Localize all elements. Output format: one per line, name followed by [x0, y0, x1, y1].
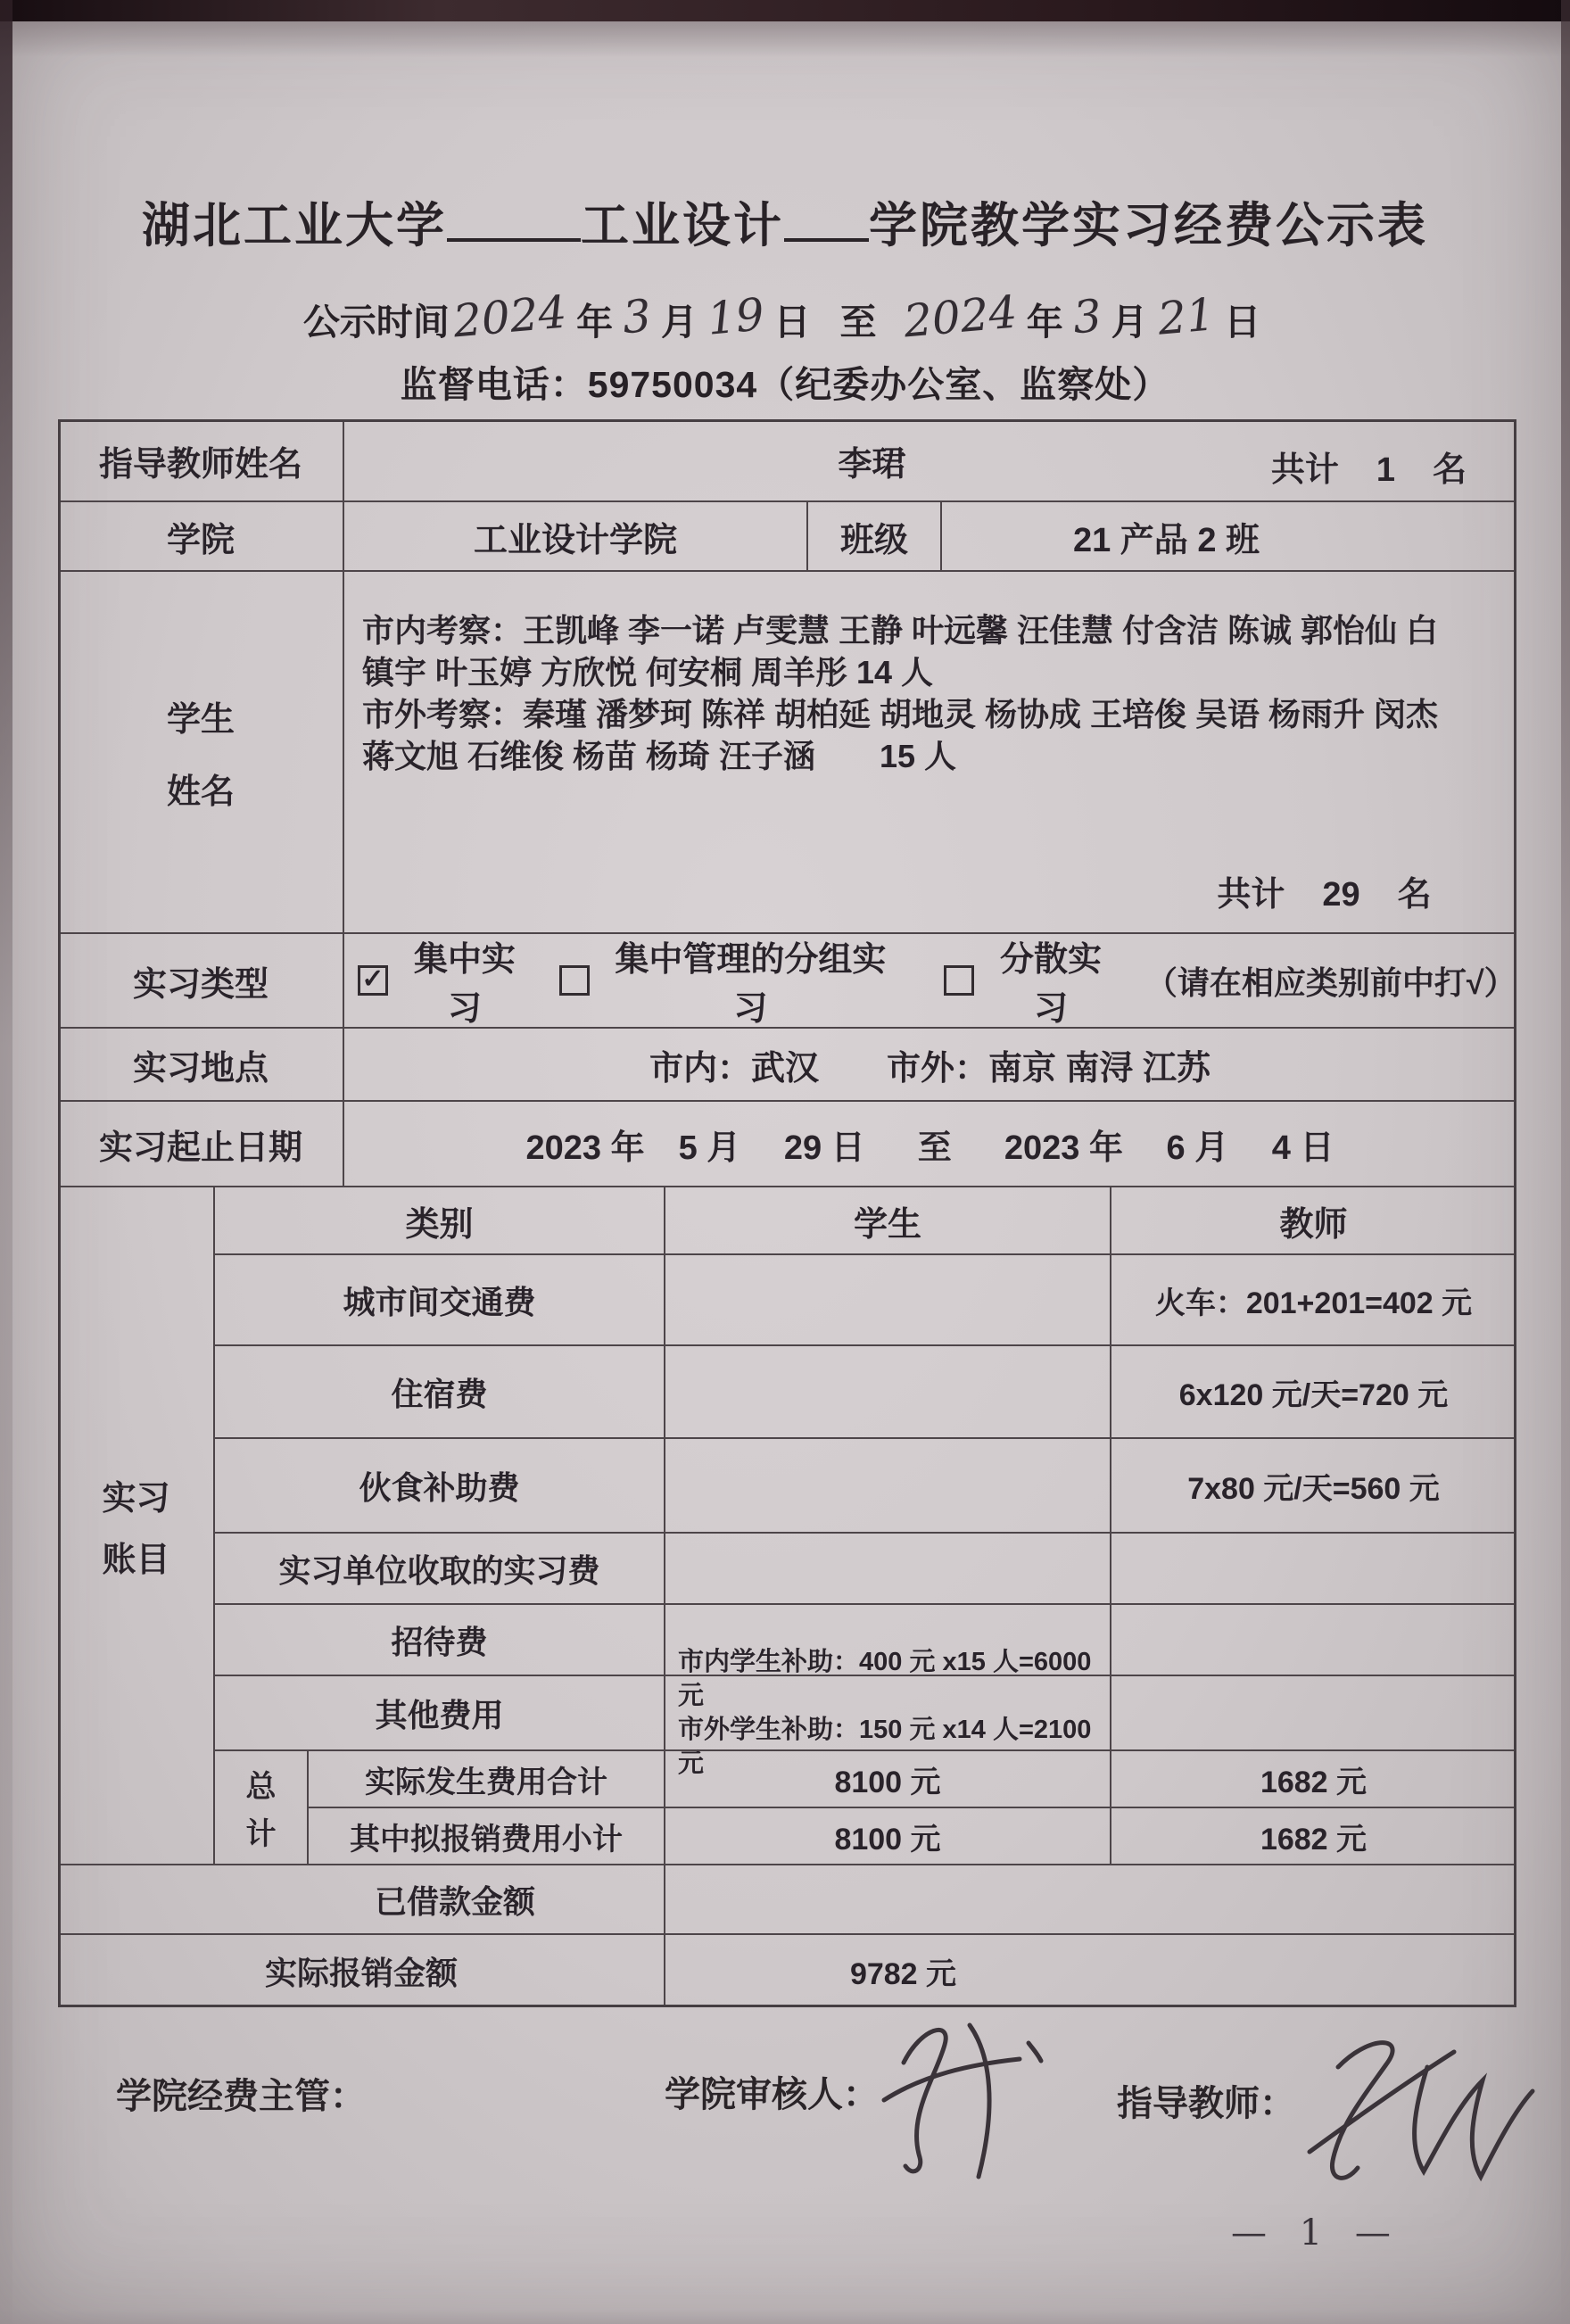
auditor-signature — [870, 2007, 1057, 2190]
total-teacher-value: 1682 元 — [1111, 1807, 1516, 1865]
publicity-prefix: 公示时间 — [303, 302, 450, 343]
scanned-form-photo: 湖北工业大学工业设计学院教学实习经费公示表 公示时间2024年3月19日至202… — [0, 0, 1570, 2324]
handwritten-end-month: 3 — [1070, 290, 1103, 344]
total-label: 总 计 — [214, 1750, 308, 1865]
handwritten-end-day: 21 — [1155, 288, 1216, 344]
checkbox-empty-icon — [559, 965, 590, 996]
option-grouped: 集中管理的分组实习 — [559, 931, 903, 1030]
accounts-label: 实习 账目 — [58, 1187, 214, 1865]
account-teacher-value — [1111, 1533, 1516, 1604]
photo-left-edge — [0, 0, 12, 2324]
class-value: 21 产品 2 班 — [941, 501, 1516, 571]
account-teacher-value — [1111, 1604, 1516, 1675]
account-student-value — [665, 1533, 1111, 1604]
account-student-value — [665, 1438, 1111, 1533]
photo-bottom-edge — [0, 2310, 1570, 2324]
photo-top-shadow — [0, 21, 1570, 57]
account-teacher-value: 7x80 元/天=560 元 — [1111, 1438, 1516, 1533]
student-line: 镇宇 叶玉婷 方欣悦 何安桐 周羊彤 14 人 — [362, 651, 933, 693]
account-category: 实习单位收取的实习费 — [214, 1533, 665, 1604]
date-range-label: 实习起止日期 — [58, 1101, 343, 1187]
form-title: 湖北工业大学工业设计学院教学实习经费公示表 — [0, 187, 1570, 256]
title-suffix: 学院教学实习经费公示表 — [869, 199, 1428, 252]
title-filled-college: 工业设计 — [581, 199, 784, 252]
reimburse-label: 实际报销金额 — [58, 1934, 665, 2007]
accounts-header-category: 类别 — [214, 1187, 665, 1254]
borrowed-value — [665, 1865, 1516, 1934]
college-value: 工业设计学院 — [343, 501, 807, 571]
title-blank-line — [447, 231, 581, 242]
year-label: 年 — [576, 302, 613, 343]
checkbox-checked-icon: ✓ — [358, 965, 388, 996]
teacher-signature — [1293, 2018, 1543, 2228]
teacher-count: 共计1名 — [1271, 442, 1467, 491]
account-student-value — [665, 1345, 1111, 1438]
publicity-period: 公示时间2024年3月19日至2024年3月21日 — [0, 293, 1570, 345]
handwritten-end-year: 2024 — [901, 286, 1019, 348]
handwritten-start-month: 3 — [621, 290, 654, 344]
accounts-header-teacher: 教师 — [1111, 1187, 1516, 1254]
reimburse-value: 9782 元 — [665, 1934, 1516, 2007]
teacher-signature-label: 指导教师： — [1117, 2075, 1295, 2126]
check-mark: ✓ — [361, 964, 384, 995]
total-student-value: 8100 元 — [665, 1750, 1111, 1807]
practice-type-note: （请在相应类别前中打√） — [1145, 958, 1516, 1004]
option-dispersed: 分散实习 — [944, 931, 1119, 1030]
supervision-hotline: 监督电话：59750034（纪委办公室、监察处） — [0, 355, 1570, 408]
month-label: 月 — [1111, 302, 1148, 343]
checkbox-empty-icon — [944, 965, 974, 996]
college-label: 学院 — [58, 501, 343, 571]
account-student-subsidy: 市内学生补助：400 元 x15 人=6000 元 市外学生补助：150 元 x… — [665, 1675, 1111, 1750]
handwritten-start-year: 2024 — [451, 286, 569, 348]
account-category: 城市间交通费 — [214, 1254, 665, 1345]
student-line: 市外考察：秦瑾 潘梦珂 陈祥 胡柏延 胡地灵 杨协成 王培俊 吴语 杨雨升 闵杰 — [362, 693, 1438, 735]
day-label: 日 — [1224, 302, 1260, 343]
student-line: 市内考察：王凯峰 李一诺 卢雯慧 王静 叶远馨 汪佳慧 付含洁 陈诚 郭怡仙 白 — [362, 609, 1438, 651]
total-student-value: 8100 元 — [665, 1807, 1111, 1865]
photo-top-edge — [0, 0, 1570, 21]
title-blank-line — [784, 231, 869, 242]
handwritten-start-day: 19 — [705, 288, 765, 344]
accounts-header-student: 学生 — [665, 1187, 1111, 1254]
title-university: 湖北工业大学 — [142, 199, 447, 252]
account-category: 住宿费 — [214, 1345, 665, 1438]
total-category: 其中拟报销费用小计 — [308, 1807, 665, 1865]
date-range-value: 2023 年 5 月 29 日 至 2023 年 6 月 4 日 — [343, 1101, 1516, 1187]
account-category: 招待费 — [214, 1604, 665, 1675]
day-label: 日 — [774, 302, 811, 343]
location-value: 市内：武汉 市外：南京 南浔 江苏 — [343, 1028, 1516, 1101]
to-label: 至 — [840, 302, 877, 343]
total-category: 实际发生费用合计 — [308, 1750, 665, 1807]
account-teacher-value — [1111, 1675, 1516, 1750]
total-teacher-value: 1682 元 — [1111, 1750, 1516, 1807]
page-number: — 1 — — [1231, 2212, 1401, 2254]
account-student-value — [665, 1254, 1111, 1345]
student-names-cell: 市内考察：王凯峰 李一诺 卢雯慧 王静 叶远馨 汪佳慧 付含洁 陈诚 郭怡仙 白… — [343, 571, 1516, 933]
account-teacher-value: 6x120 元/天=720 元 — [1111, 1345, 1516, 1438]
option-centralized: ✓ 集中实习 — [358, 931, 533, 1030]
location-label: 实习地点 — [58, 1028, 343, 1101]
students-label: 学生 姓名 — [58, 571, 343, 933]
year-label: 年 — [1027, 302, 1063, 343]
class-label: 班级 — [807, 501, 941, 571]
month-label: 月 — [661, 302, 698, 343]
teacher-name-value: 李珺 共计1名 — [343, 419, 1516, 501]
manager-signature-label: 学院经费主管： — [116, 2068, 366, 2119]
practice-type-label: 实习类型 — [58, 933, 343, 1028]
photo-right-edge — [1561, 0, 1570, 2324]
teacher-name-label: 指导教师姓名 — [58, 419, 343, 501]
subsidy-line-inner-city: 市内学生补助：400 元 x15 人=6000 元 — [678, 1645, 1110, 1713]
account-teacher-value: 火车：201+201=402 元 — [1111, 1254, 1516, 1345]
auditor-signature-label: 学院审核人： — [665, 2066, 879, 2117]
account-category: 伙食补助费 — [214, 1438, 665, 1533]
borrowed-label: 已借款金额 — [58, 1865, 665, 1934]
practice-type-options: ✓ 集中实习 集中管理的分组实习 分散实习 （请在相应类别前中打√） — [343, 933, 1516, 1028]
student-line: 蒋文旭 石维俊 杨苗 杨琦 汪子涵 15 人 — [362, 735, 956, 777]
teacher-name: 李珺 — [838, 436, 905, 485]
account-category: 其他费用 — [214, 1675, 665, 1750]
